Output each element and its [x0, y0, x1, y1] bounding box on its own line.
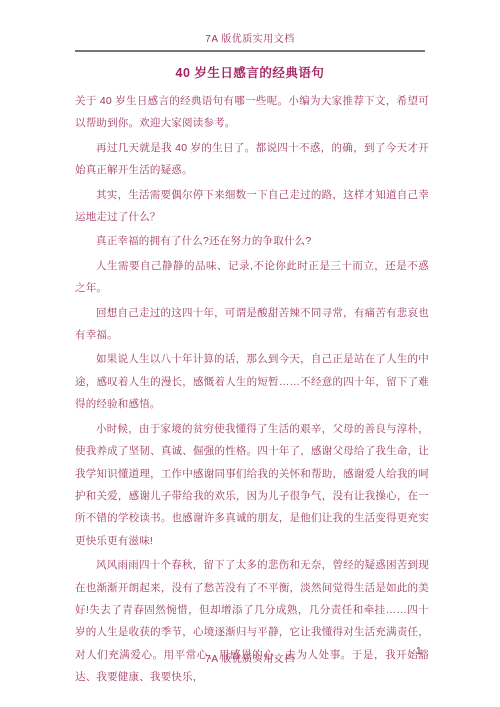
page-number: 1	[416, 646, 422, 657]
paragraph-6: 回想自己走过的这四十年，可谓是酸甜苦辣不同寻常，有痛苦有悲哀也有幸福。	[75, 302, 429, 347]
paragraph-1: 关于 40 岁生日感言的经典语句有哪一些呢。小编为大家推荐下文，希望可以帮助到你…	[75, 90, 429, 135]
page-header: 7A 版优质实用文档	[75, 33, 425, 52]
paragraph-7: 如果说人生以八十年计算的话，那么到今天，自己正是站在了人生的中途，感叹着人生的漫…	[75, 348, 429, 415]
paragraph-9: 风风雨雨四十个春秋，留下了太多的悲伤和无奈，曾经的疑惑困苦到现在也渐渐开朗起来，…	[75, 554, 429, 688]
paragraph-5: 人生需要自己静静的品味、记录,不论你此时正是三十而立，还是不惑之年。	[75, 255, 429, 300]
paragraph-3: 其实，生活需要偶尔停下来细数一下自己走过的路，这样才知道自己幸运地走过了什么？	[75, 184, 429, 229]
paragraph-2: 再过几天就是我 40 岁的生日了。都说四十不惑，的确，到了今天才开始真正解开生活…	[75, 137, 429, 182]
footer-text: 7A 版优质实用文档	[0, 650, 500, 665]
document-page: 7A 版优质实用文档 40 岁生日感言的经典语句 关于 40 岁生日感言的经典语…	[0, 0, 500, 707]
paragraph-4: 真正幸福的拥有了什么?还在努力的争取什么?	[75, 230, 429, 252]
document-title: 40 岁生日感言的经典语句	[0, 63, 500, 81]
header-text: 7A 版优质实用文档	[75, 33, 425, 47]
document-body: 关于 40 岁生日感言的经典语句有哪一些呢。小编为大家推荐下文，希望可以帮助到你…	[75, 90, 429, 691]
paragraph-8: 小时候，由于家境的贫穷使我懂得了生活的艰辛，父母的善良与淳朴，使我养成了坚韧、真…	[75, 418, 429, 552]
